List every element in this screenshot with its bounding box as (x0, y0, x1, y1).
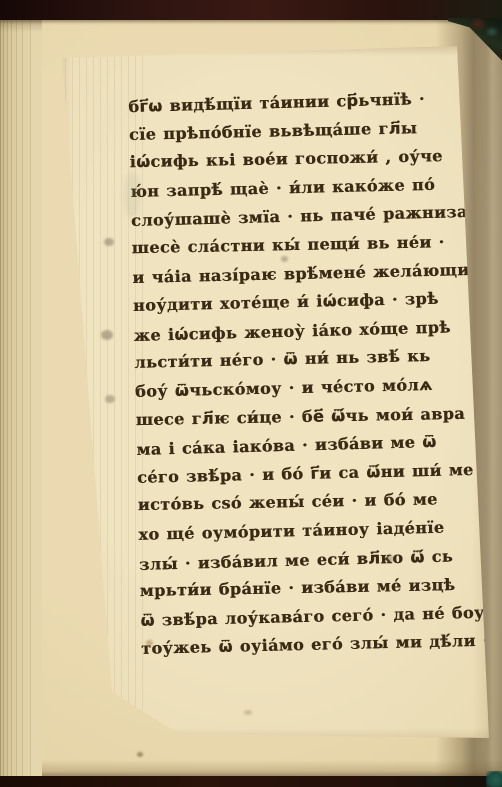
stain (386, 555, 394, 562)
stain (124, 172, 140, 218)
stain (146, 640, 153, 646)
stain (101, 330, 113, 340)
stain (137, 752, 143, 757)
binding-top (0, 0, 502, 20)
stain (281, 256, 288, 262)
cover-corner-bottom-right (486, 771, 502, 787)
binding-bottom (0, 776, 502, 787)
stain (244, 710, 252, 715)
page-edges-stack (0, 18, 42, 778)
manuscript-leaf: бг҃ѡ видѣ́щїи та́инии ср҃ьчнїѣ · сїе прѣ… (50, 38, 498, 750)
text-block: бг҃ѡ видѣ́щїи та́инии ср҃ьчнїѣ · сїе прѣ… (128, 84, 479, 664)
stain (104, 238, 114, 246)
stain (105, 395, 115, 403)
book-photo: бг҃ѡ видѣ́щїи та́инии ср҃ьчнїѣ · сїе прѣ… (0, 0, 502, 787)
